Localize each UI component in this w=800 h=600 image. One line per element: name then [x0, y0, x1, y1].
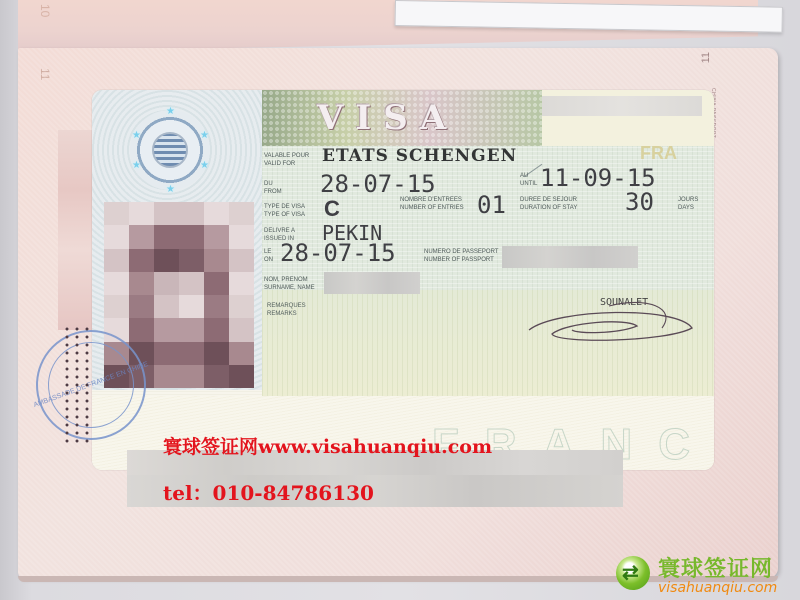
photo-pixel: [154, 365, 179, 388]
photo-pixel: [104, 202, 129, 225]
photo-pixel: [154, 342, 179, 365]
photo-pixel: [129, 225, 154, 248]
days-label: JOURSDAYS: [678, 196, 698, 212]
country-code: FRA: [640, 143, 677, 164]
photo-pixel: [154, 272, 179, 295]
redacted-name: [324, 272, 420, 294]
photo-pixel: [129, 272, 154, 295]
perforation-holes: [62, 325, 92, 445]
remarks-label: REMARQUESREMARKS: [267, 302, 306, 318]
photo-pixel: [129, 202, 154, 225]
photo-pixel: [179, 295, 204, 318]
photo-pixel: [229, 202, 254, 225]
photo-pixel: [154, 202, 179, 225]
entries-value: 01: [477, 191, 506, 219]
photo-pixel: [204, 318, 229, 341]
photo-pixel: [104, 295, 129, 318]
star-icon: ★: [200, 160, 209, 171]
page-number-left: 10: [38, 4, 52, 17]
photo-pixel: [179, 318, 204, 341]
star-icon: ★: [132, 160, 141, 171]
eu-emblem-icon: ★ ★ ★ ★ ★ ★: [130, 110, 210, 190]
photo-pixel: [229, 295, 254, 318]
globe-arrows-icon: [616, 556, 650, 590]
photo-pixel: [229, 272, 254, 295]
issued-on-label: LEON: [264, 248, 273, 264]
photo-pixel: [204, 272, 229, 295]
photo-pixel: [179, 272, 204, 295]
name-label: NOM, PRENOMSURNAME, NAME: [264, 276, 315, 292]
visa-title: VISA: [317, 98, 458, 138]
watermark-website: 寰球签证网www.visahuanqiu.com: [163, 432, 492, 459]
watermark-phone: tel：010-84786130: [163, 477, 374, 506]
photo-pixel: [204, 342, 229, 365]
visa-sticker: ★ ★ ★ ★ ★ ★ VISA VALABLE POURVALID FOR E…: [92, 90, 714, 470]
redacted-visa-number: [542, 96, 702, 116]
photo-pixel: [204, 249, 229, 272]
issued-on-date: 28-07-15: [280, 239, 396, 267]
photo-pixel: [204, 225, 229, 248]
photo-pixel: [204, 365, 229, 388]
star-icon: ★: [166, 184, 175, 195]
valid-for-label: VALABLE POURVALID FOR: [264, 152, 309, 168]
photo-pixel: [154, 225, 179, 248]
photo-pixel: [104, 272, 129, 295]
photo-pixel: [229, 342, 254, 365]
valid-for-value: ETATS SCHENGEN: [322, 146, 517, 166]
photo-pixel: [104, 249, 129, 272]
type-of-visa-label: TYPE DE VISATYPE OF VISA: [264, 203, 305, 219]
photo-pixel: [229, 249, 254, 272]
photo-pixel: [179, 202, 204, 225]
signature: [517, 298, 697, 348]
duration-value: 30: [625, 188, 654, 216]
photo-pixel: [129, 318, 154, 341]
entries-label: NOMBRE D'ENTREESNUMBER OF ENTRIES: [400, 196, 464, 212]
photo-pixel: [229, 225, 254, 248]
photo-pixel: [229, 365, 254, 388]
photo-pixel: [154, 318, 179, 341]
photo-pixel: [179, 342, 204, 365]
photo-pixel: [154, 295, 179, 318]
photo-pixel: [154, 249, 179, 272]
logo-name: 寰球签证网: [658, 552, 773, 583]
photo-pixel: [179, 365, 204, 388]
star-icon: ★: [132, 130, 141, 141]
photo-pixel: [204, 295, 229, 318]
site-logo: 寰球签证网 visahuanqiu.com: [608, 550, 798, 598]
photo-pixel: [179, 249, 204, 272]
page-number: 11: [700, 52, 712, 63]
photo-pixel: [129, 295, 154, 318]
photo-pixel: [129, 249, 154, 272]
passport-number-label: NUMERO DE PASSEPORTNUMBER OF PASSPORT: [424, 248, 498, 264]
globe-icon: [152, 132, 188, 168]
photo-pixel: [204, 202, 229, 225]
duration-label: DUREE DE SEJOURDURATION OF STAY: [520, 196, 577, 212]
photo-pixel: [179, 225, 204, 248]
photo-pixel: [104, 225, 129, 248]
redacted-passport-number: [502, 246, 638, 268]
from-label: DUFROM: [264, 180, 282, 196]
logo-domain: visahuanqiu.com: [658, 580, 777, 596]
visa-type: C: [324, 196, 340, 222]
until-label: AUUNTIL: [520, 172, 537, 188]
photo-pixel: [229, 318, 254, 341]
star-icon: ★: [166, 106, 175, 117]
page-number-faded: 11: [38, 68, 52, 80]
from-date: 28-07-15: [320, 170, 436, 198]
star-icon: ★: [200, 130, 209, 141]
